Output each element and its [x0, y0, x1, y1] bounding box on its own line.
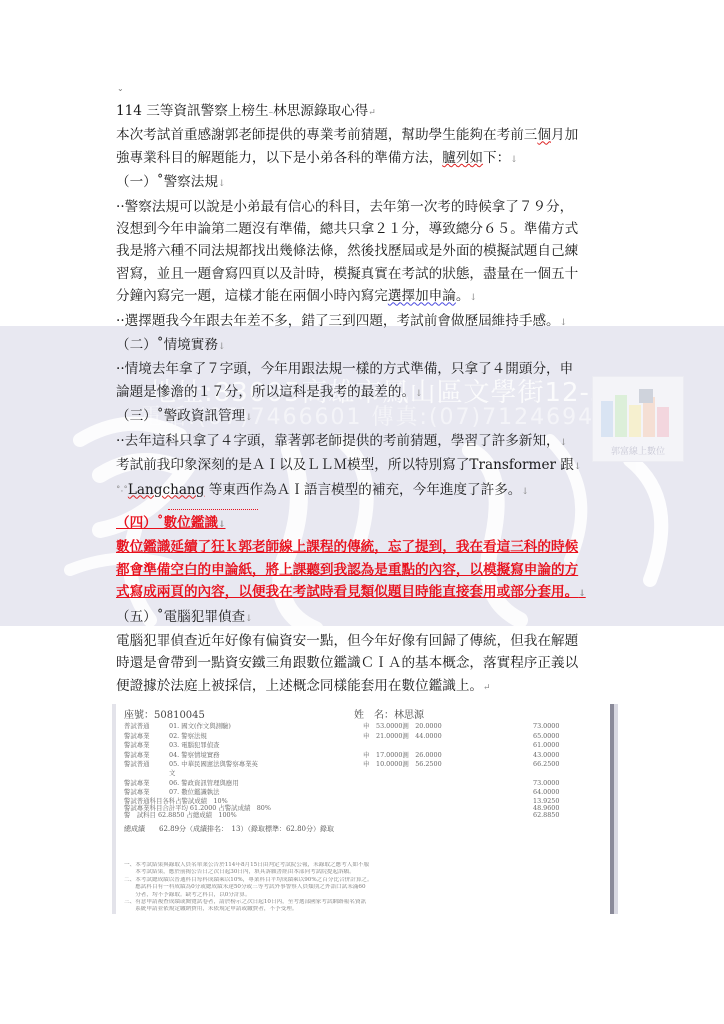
- section-heading-digital-forensics: （四）˚數位鑑識↓: [116, 512, 606, 536]
- score-row: 文: [116, 769, 610, 778]
- section-line: ··選擇題我今年跟去年差不多，錯了三到四題，考試前會做歷屆維持手感。↓: [116, 310, 606, 334]
- section-heading-computer-crime: （五）˚電腦犯罪偵查↓: [116, 606, 606, 630]
- section-line: 習寫，並且一題會寫四頁以及計時，模擬真實在考試的狀態，盡量在一個五十: [116, 263, 606, 285]
- section-line: 時還是會帶到一點資安鐵三角跟數位鑑識ＣＩＡ的基本概念，落實程序正義以: [116, 652, 606, 674]
- section-line: 電腦犯罪偵查近年好像有偏資安一點，但今年好像有回歸了傳統，但我在解題: [116, 630, 606, 652]
- section-line: 論題是慘澹的１７分，所以這科是我考的最差的。↓: [116, 381, 606, 405]
- section-line: 分鐘內寫完一題，這樣才能在兩個小時內寫完選擇加申論。↓: [116, 285, 606, 309]
- section-line: 考試前我印象深刻的是ＡＩ以及ＬＬＭ模型，所以特別寫了Transformer 跟↓: [116, 454, 606, 478]
- score-row: 警試專業02. 警察法規申21.0000測 44.000065.0000: [116, 732, 610, 741]
- score-row: 警試專業07. 數位鑑識執法64.0000: [116, 788, 610, 797]
- section-line: 便證據於法庭上被採信，上述概念同樣能套用在數位鑑識上。↵: [116, 675, 606, 699]
- section-line: 沒想到今年申論第二題沒有準備，總共只拿２１分，導致總分６５。準備方式: [116, 218, 606, 240]
- total-score: 總成績 62.89分（成績排名： 13）（錄取標準：62.80分）錄取: [124, 824, 334, 834]
- anchor-mark: ⌄: [117, 84, 124, 93]
- score-row: 警試專業03. 電腦犯罪偵查61.0000: [116, 741, 610, 750]
- intro-line-2: 強專業科目的解題能力，以下是小弟各科的準備方法，臚列如下：↓: [116, 147, 606, 171]
- candidate-name: 姓 名：林思源: [354, 706, 424, 721]
- book-logo-icon: [599, 387, 677, 439]
- score-row: 警試專業04. 警察情境實務申17.0000測 26.000043.0000: [116, 751, 610, 760]
- score-row: 普試普通01. 國文(作文與測驗)申53.0000測 20.000073.000…: [116, 722, 610, 731]
- logo-caption: 郭富線上數位: [593, 444, 683, 457]
- seat-number: 座號：50810045: [124, 706, 205, 721]
- section-line: ··情境去年拿了７字頭，今年用跟法規一樣的方式準備，只拿了４開頭分，申: [116, 358, 606, 380]
- section-line: 我是將六種不同法規都找出幾條法條，然後找歷屆或是外面的模擬試題自己練: [116, 240, 606, 262]
- doc-title: 114 三等資訊警察上榜生–林思源錄取心得↵: [116, 100, 606, 124]
- summary-row: 警 試科目 62.8850 占總成績 100%62.8850: [116, 811, 610, 819]
- section-line: ··去年這科只拿了４字頭，靠著郭老師提供的考前猜題，學習了許多新知，↓: [116, 430, 606, 454]
- section-line: ˚·˚Langchang 等東西作為ＡＩ語言模型的補充，今年進度了許多。↓: [116, 479, 606, 503]
- section-heading-police-law: （一）˚警察法規↓: [116, 171, 606, 195]
- intro-line-1: 本次考試首重感謝郭老師提供的專業考前猜題，幫助學生能夠在考前三個月加: [116, 124, 606, 146]
- score-row: 警試普通05. 中華民國憲法與警察專業英申10.0000測 56.250066.…: [116, 760, 610, 769]
- score-row: 警試專業06. 警政資訊管理與應用73.0000: [116, 779, 610, 788]
- highlight-line: 式寫成兩頁的內容，以便我在考試時看見類似題目時能直接套用或部分套用。↓: [116, 581, 606, 605]
- testimonial-document: 114 三等資訊警察上榜生–林思源錄取心得↵ 本次考試首重感謝郭老師提供的專業考…: [116, 100, 606, 748]
- section-line: ··警察法規可以說是小弟最有信心的科目，去年第一次考的時候拿了７９分，: [116, 196, 606, 218]
- score-notes: 一、本考試結果與錄取人員名單業公告於114年8月15日由判定考試院公報，未錄取之…: [124, 862, 594, 914]
- highlight-line: 都會準備空白的申論紙，將上課聽到我認為是重點的內容，以模擬寫申論的方: [116, 559, 606, 581]
- section-heading-info-management: （三）˚警政資訊管理↓: [116, 405, 606, 429]
- score-report-card: 座號：50810045 姓 名：林思源 普試普通01. 國文(作文與測驗)申53…: [112, 704, 614, 914]
- section-heading-situational-practice: （二）˚情境實務↓: [116, 334, 606, 358]
- highlight-line: 數位鑑識延續了狂ｋ郭老師線上課程的傳統，忘了提到，我在看這三科的時候: [116, 536, 606, 558]
- spellcheck-dots: [168, 503, 258, 510]
